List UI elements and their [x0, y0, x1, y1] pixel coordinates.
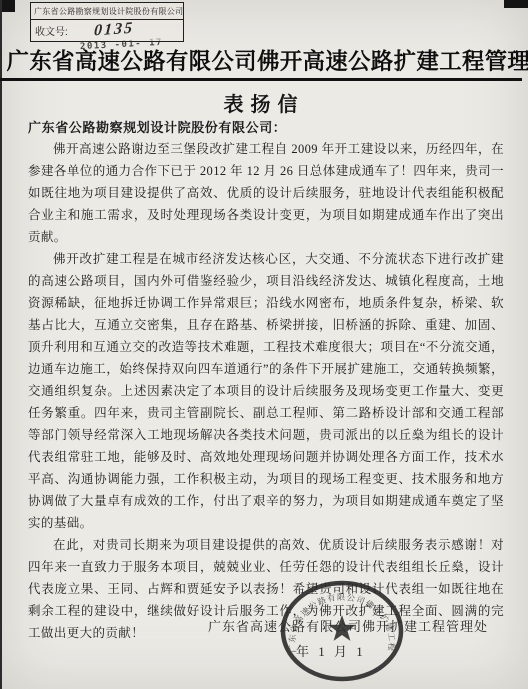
letter-body: 广东省公路勘察规划设计院股份有限公司： 佛开高速公路谢边至三堡段改扩建工程自 2… [28, 117, 504, 644]
received-number-handwritten: 0135 [93, 20, 134, 41]
official-seal-stamp: 广东省高速公路有限公司佛开扩建工程管理处 [276, 578, 408, 688]
letter-subject-heading: 表扬信 [0, 88, 528, 117]
scan-artifact-corner [504, 0, 528, 8]
paragraph-1: 佛开高速公路谢边至三堡段改扩建工程自 2009 年开工建设以来，历经四年，在参建… [28, 138, 504, 248]
recipient-line: 广东省公路勘察规划设计院股份有限公司： [28, 117, 504, 136]
paragraph-2: 佛开改扩建工程是在城市经济发达核心区，大交通、不分流状态下进行改扩建的高速公路项… [28, 248, 504, 534]
received-stamp-company: 广东省公路勘察规划设计院股份有限公司 [31, 3, 183, 20]
seal-star-icon [328, 615, 355, 641]
seal-rim-text: 广东省高速公路有限公司佛开扩建工程管理处 [276, 578, 396, 653]
scan-artifact-corner [0, 0, 15, 12]
letterhead-rule [0, 78, 522, 81]
scanned-letter-page: 广东省公路勘察规划设计院股份有限公司 收文号: 0135 2013 -01- 1… [0, 0, 528, 689]
letterhead-title: 广东省高速公路有限公司佛开高速公路扩建工程管理处 [7, 44, 522, 76]
received-number-label: 收文号: [35, 23, 68, 38]
received-number-row: 收文号: 0135 [31, 20, 183, 41]
received-stamp-box: 广东省公路勘察规划设计院股份有限公司 收文号: 0135 [30, 2, 184, 42]
